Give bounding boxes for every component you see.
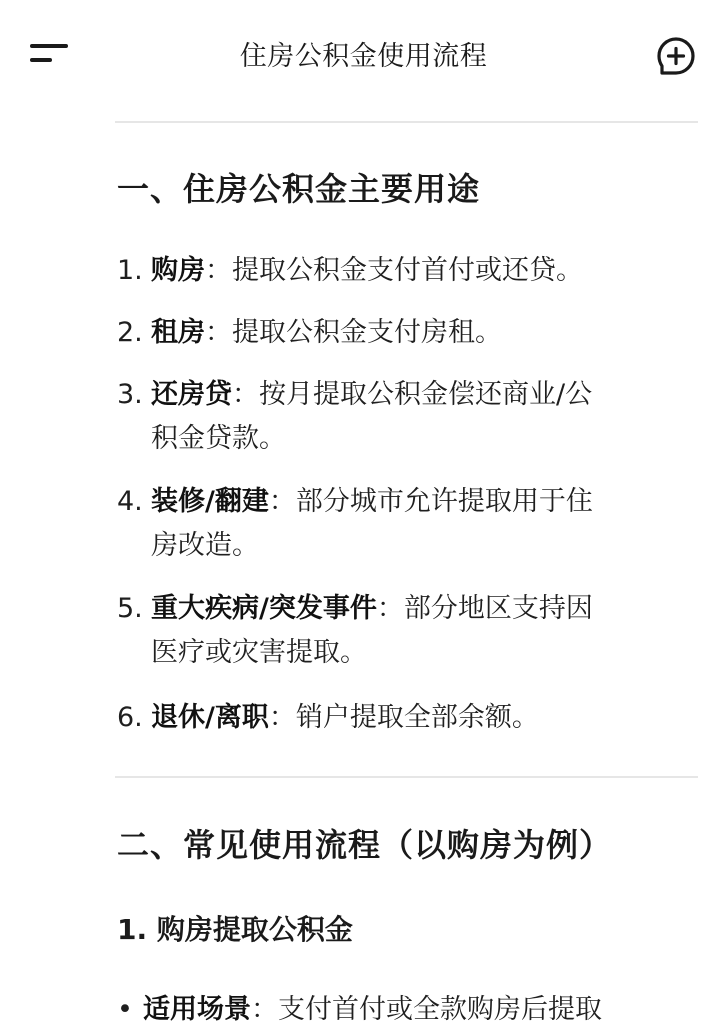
list-number: 4. xyxy=(117,480,151,524)
list-desc-continued: 积金贷款。 xyxy=(117,417,697,461)
list-item: 1.购房：提取公积金支付首付或还贷。 xyxy=(117,249,697,293)
section-heading-uses: 一、住房公积金主要用途 xyxy=(117,164,480,210)
list-number: 3. xyxy=(117,373,151,417)
list-term: 租房 xyxy=(151,317,205,348)
list-desc: 部分城市允许提取用于住 xyxy=(296,486,593,517)
bullet-dot: • xyxy=(117,988,143,1030)
list-separator: ： xyxy=(232,379,259,410)
list-term: 还房贷 xyxy=(151,379,232,410)
list-separator: ： xyxy=(377,593,404,624)
bullet-term: 适用场景 xyxy=(143,994,251,1025)
bullet-item: •适用场景：支付首付或全款购房后提取 xyxy=(117,988,717,1030)
list-item: 3.还房贷：按月提取公积金偿还商业/公 积金贷款。 xyxy=(117,373,697,461)
list-item: 4.装修/翻建：部分城市允许提取用于住 房改造。 xyxy=(117,480,697,568)
page-title: 住房公积金使用流程 xyxy=(0,34,727,73)
section-heading-process: 二、常见使用流程（以购房为例） xyxy=(117,820,612,866)
list-term: 退休/离职 xyxy=(151,702,269,733)
list-separator: ： xyxy=(269,486,296,517)
subsection-heading: 1. 购房提取公积金 xyxy=(117,908,353,948)
bullet-desc: 支付首付或全款购房后提取 xyxy=(278,994,602,1025)
new-chat-button[interactable] xyxy=(652,32,700,80)
bullet-separator: ： xyxy=(251,994,278,1025)
divider xyxy=(115,776,698,778)
divider xyxy=(115,121,698,123)
list-desc: 提取公积金支付首付或还贷。 xyxy=(232,255,583,286)
list-term: 重大疾病/突发事件 xyxy=(151,593,377,624)
list-item: 2.租房：提取公积金支付房租。 xyxy=(117,311,697,355)
list-separator: ： xyxy=(205,255,232,286)
top-bar: 住房公积金使用流程 xyxy=(0,0,727,105)
list-separator: ： xyxy=(205,317,232,348)
list-number: 6. xyxy=(117,696,151,740)
list-number: 5. xyxy=(117,587,151,631)
list-separator: ： xyxy=(269,702,296,733)
list-desc: 提取公积金支付房租。 xyxy=(232,317,502,348)
list-item: 5.重大疾病/突发事件：部分地区支持因 医疗或灾害提取。 xyxy=(117,587,697,675)
list-number: 1. xyxy=(117,249,151,293)
list-desc: 按月提取公积金偿还商业/公 xyxy=(259,379,592,410)
list-desc-continued: 房改造。 xyxy=(117,524,697,568)
list-desc-continued: 医疗或灾害提取。 xyxy=(117,631,697,675)
chat-plus-icon xyxy=(652,32,700,80)
list-number: 2. xyxy=(117,311,151,355)
list-term: 装修/翻建 xyxy=(151,486,269,517)
list-term: 购房 xyxy=(151,255,205,286)
list-item: 6.退休/离职：销户提取全部余额。 xyxy=(117,696,697,740)
list-desc: 销户提取全部余额。 xyxy=(296,702,539,733)
list-desc: 部分地区支持因 xyxy=(404,593,593,624)
